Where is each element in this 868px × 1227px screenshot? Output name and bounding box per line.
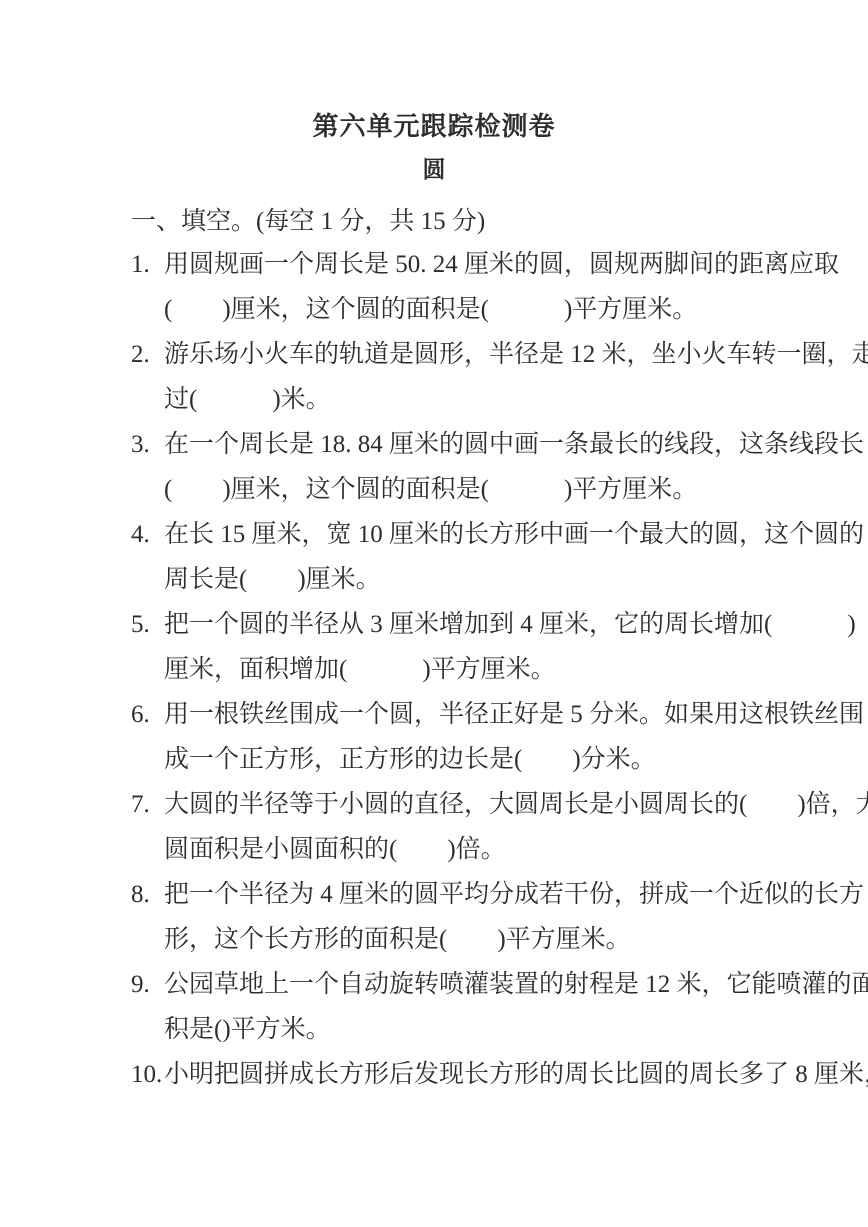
question-number: 10.	[131, 1052, 164, 1097]
question-text-line: 厘米，面积增加( )平方厘米。	[164, 656, 556, 683]
question-line: 成一个正方形，正方形的边长是( )分米。	[131, 737, 768, 782]
question-text-line: 用一根铁丝围成一个圆，半径正好是 5 分米。如果用这根铁丝围	[164, 701, 864, 728]
question-text-line: 小明把圆拼成长方形后发现长方形的周长比圆的周长多了 8 厘米，	[164, 1061, 868, 1088]
question-6: 6.用一根铁丝围成一个圆，半径正好是 5 分米。如果用这根铁丝围 成一个正方形，…	[131, 692, 768, 782]
question-text-line: 形，这个长方形的面积是( )平方厘米。	[164, 926, 631, 953]
question-line: 8.把一个半径为 4 厘米的圆平均分成若干份，拼成一个近似的长方	[131, 872, 768, 917]
question-line: 3.在一个周长是 18. 84 厘米的圆中画一条最长的线段，这条线段长	[131, 422, 768, 467]
question-text-line: 公园草地上一个自动旋转喷灌装置的射程是 12 米，它能喷灌的面	[164, 971, 868, 998]
question-line: 6.用一根铁丝围成一个圆，半径正好是 5 分米。如果用这根铁丝围	[131, 692, 768, 737]
question-text-line: 在一个周长是 18. 84 厘米的圆中画一条最长的线段，这条线段长	[164, 431, 864, 458]
question-line: 周长是( )厘米。	[131, 557, 768, 602]
question-number: 4.	[131, 512, 164, 557]
question-line: 2.游乐场小火车的轨道是圆形，半径是 12 米，坐小火车转一圈，走	[131, 332, 768, 377]
question-text-line: 大圆的半径等于小圆的直径，大圆周长是小圆周长的( )倍，大	[164, 791, 868, 818]
question-line: 过( )米。	[131, 377, 768, 422]
question-text-line: 游乐场小火车的轨道是圆形，半径是 12 米，坐小火车转一圈，走	[164, 341, 868, 368]
question-text-line: 用圆规画一个周长是 50. 24 厘米的圆，圆规两脚间的距离应取	[164, 251, 839, 278]
page-title: 第六单元跟踪检测卷	[0, 0, 868, 142]
question-text-line: 周长是( )厘米。	[164, 566, 381, 593]
question-text-line: 把一个半径为 4 厘米的圆平均分成若干份，拼成一个近似的长方	[164, 881, 864, 908]
question-line: 5.把一个圆的半径从 3 厘米增加到 4 厘米，它的周长增加( )	[131, 602, 768, 647]
question-number: 8.	[131, 872, 164, 917]
page-subtitle: 圆	[0, 156, 868, 184]
questions-list: 1.用圆规画一个周长是 50. 24 厘米的圆，圆规两脚间的距离应取 ( )厘米…	[131, 242, 768, 1097]
question-number: 5.	[131, 602, 164, 647]
question-text-line: 积是()平方米。	[164, 1016, 331, 1043]
question-line: 7.大圆的半径等于小圆的直径，大圆周长是小圆周长的( )倍，大	[131, 782, 768, 827]
question-line: 9.公园草地上一个自动旋转喷灌装置的射程是 12 米，它能喷灌的面	[131, 962, 768, 1007]
question-4: 4.在长 15 厘米，宽 10 厘米的长方形中画一个最大的圆，这个圆的 周长是(…	[131, 512, 768, 602]
question-number: 2.	[131, 332, 164, 377]
question-text-line: 成一个正方形，正方形的边长是( )分米。	[164, 746, 656, 773]
section-heading: 一、填空。(每空 1 分，共 15 分)	[131, 202, 868, 242]
question-line: 圆面积是小圆面积的( )倍。	[131, 827, 768, 872]
question-number: 7.	[131, 782, 164, 827]
question-5: 5.把一个圆的半径从 3 厘米增加到 4 厘米，它的周长增加( ) 厘米，面积增…	[131, 602, 768, 692]
question-9: 9.公园草地上一个自动旋转喷灌装置的射程是 12 米，它能喷灌的面 积是()平方…	[131, 962, 768, 1052]
test-paper-page: 第六单元跟踪检测卷 圆 一、填空。(每空 1 分，共 15 分) 1.用圆规画一…	[0, 0, 868, 1227]
question-3: 3.在一个周长是 18. 84 厘米的圆中画一条最长的线段，这条线段长 ( )厘…	[131, 422, 768, 512]
question-7: 7.大圆的半径等于小圆的直径，大圆周长是小圆周长的( )倍，大 圆面积是小圆面积…	[131, 782, 768, 872]
question-text-line: ( )厘米，这个圆的面积是( )平方厘米。	[164, 296, 697, 323]
question-text-line: 过( )米。	[164, 386, 331, 413]
question-text-line: 在长 15 厘米，宽 10 厘米的长方形中画一个最大的圆，这个圆的	[164, 521, 864, 548]
question-number: 6.	[131, 692, 164, 737]
question-2: 2.游乐场小火车的轨道是圆形，半径是 12 米，坐小火车转一圈，走 过( )米。	[131, 332, 768, 422]
question-line: 1.用圆规画一个周长是 50. 24 厘米的圆，圆规两脚间的距离应取	[131, 242, 768, 287]
question-line: 厘米，面积增加( )平方厘米。	[131, 647, 768, 692]
question-number: 1.	[131, 242, 164, 287]
question-line: 10.小明把圆拼成长方形后发现长方形的周长比圆的周长多了 8 厘米，	[131, 1052, 768, 1097]
question-line: 4.在长 15 厘米，宽 10 厘米的长方形中画一个最大的圆，这个圆的	[131, 512, 768, 557]
question-text-line: 把一个圆的半径从 3 厘米增加到 4 厘米，它的周长增加( )	[164, 611, 856, 638]
question-line: 积是()平方米。	[131, 1007, 768, 1052]
question-line: ( )厘米，这个圆的面积是( )平方厘米。	[131, 287, 768, 332]
question-10: 10.小明把圆拼成长方形后发现长方形的周长比圆的周长多了 8 厘米，	[131, 1052, 768, 1097]
question-8: 8.把一个半径为 4 厘米的圆平均分成若干份，拼成一个近似的长方 形，这个长方形…	[131, 872, 768, 962]
question-number: 3.	[131, 422, 164, 467]
question-1: 1.用圆规画一个周长是 50. 24 厘米的圆，圆规两脚间的距离应取 ( )厘米…	[131, 242, 768, 332]
question-line: ( )厘米，这个圆的面积是( )平方厘米。	[131, 467, 768, 512]
question-text-line: 圆面积是小圆面积的( )倍。	[164, 836, 506, 863]
question-number: 9.	[131, 962, 164, 1007]
question-text-line: ( )厘米，这个圆的面积是( )平方厘米。	[164, 476, 697, 503]
question-line: 形，这个长方形的面积是( )平方厘米。	[131, 917, 768, 962]
